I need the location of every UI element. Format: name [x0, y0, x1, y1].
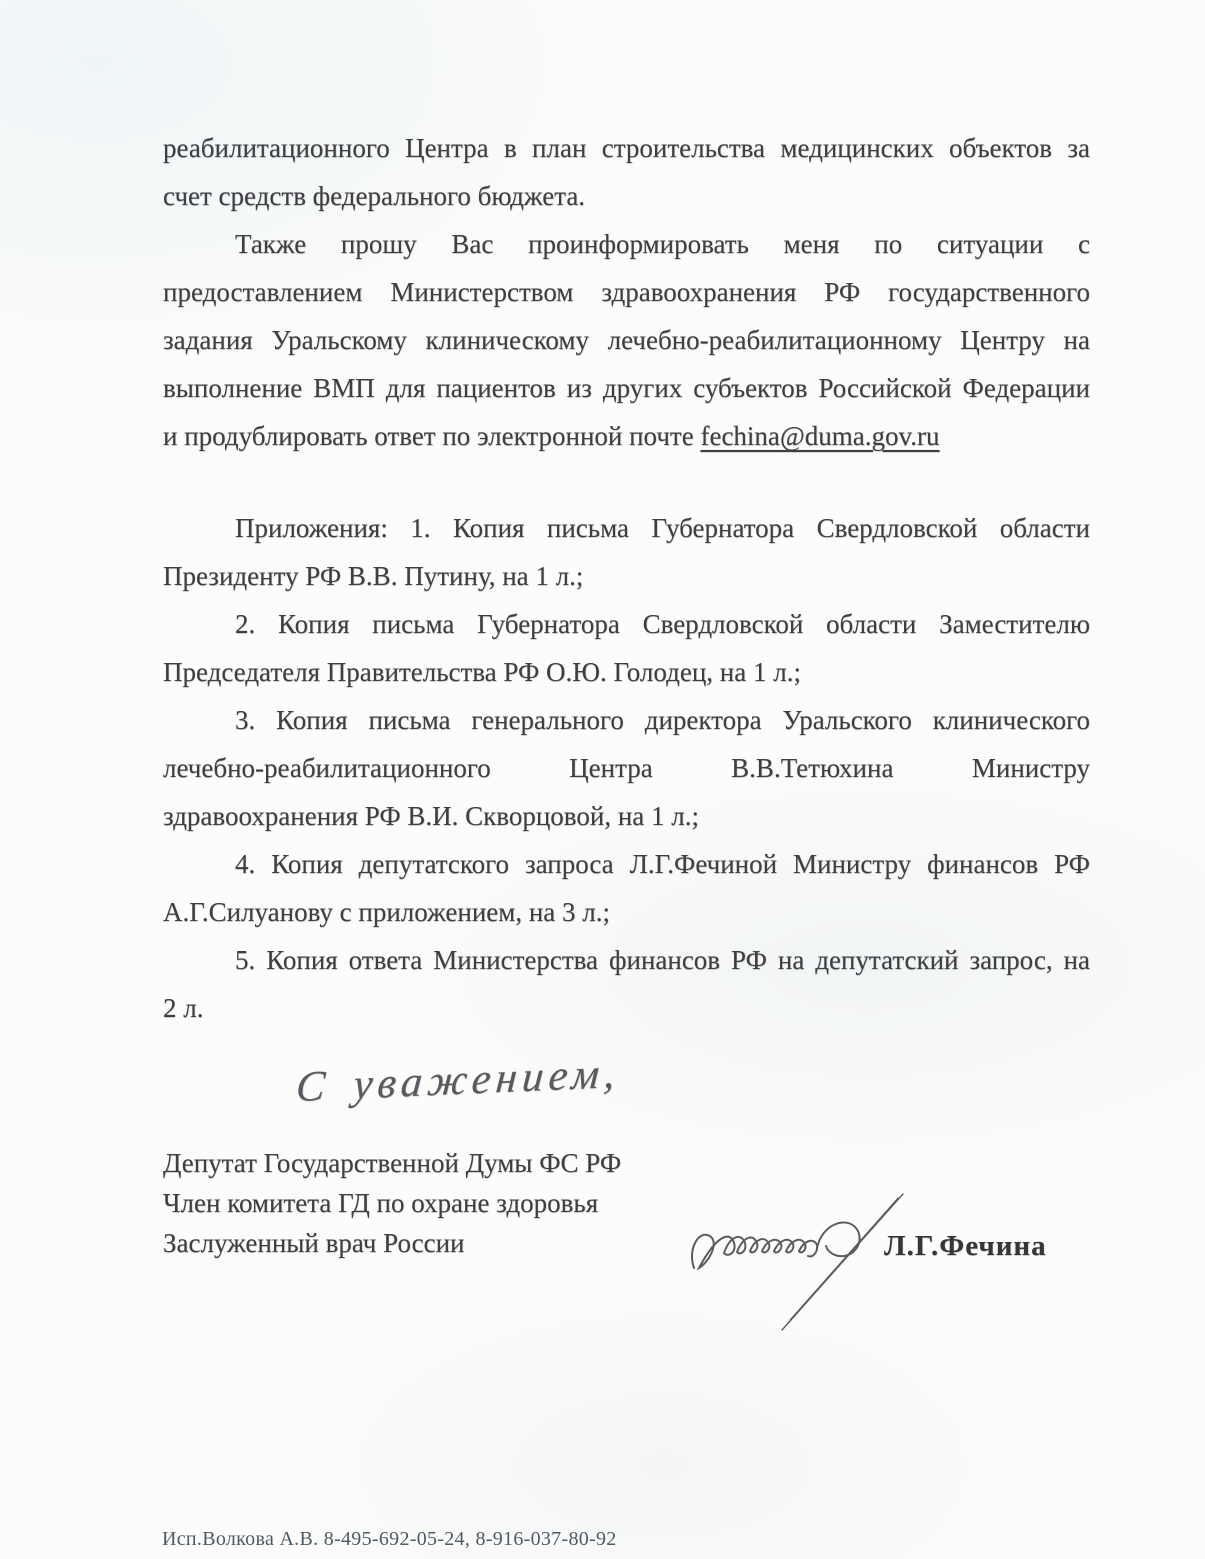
signatory-title-line: Депутат Государственной Думы ФС РФ [163, 1143, 621, 1183]
body-line: предоставлением Министерством здравоохра… [163, 268, 1090, 316]
email-address: fechina@duma.gov.ru [700, 421, 939, 451]
body-line: задания Уральскому клиническому лечебно-… [163, 316, 1090, 364]
attachment-line: 2. Копия письма Губернатора Свердловской… [163, 600, 1090, 648]
body-line: реабилитационного Центра в план строител… [163, 124, 1090, 172]
scanned-letter-page: реабилитационного Центра в план строител… [0, 0, 1205, 1559]
body-line: Также прошу Вас проинформировать меня по… [163, 220, 1090, 268]
executor-contact-line: Исп.Волкова А.В. 8-495-692-05-24, 8-916-… [162, 1528, 617, 1551]
signatory-title-line: Член комитета ГД по охране здоровья [163, 1183, 621, 1223]
paragraph-gap [163, 460, 1090, 504]
attachment-line: здравоохранения РФ В.И. Скворцовой, на 1… [163, 792, 1090, 840]
attachment-line: 2 л. [163, 984, 1090, 1032]
attachment-line: Президенту РФ В.В. Путину, на 1 л.; [163, 552, 1090, 600]
body-line: счет средств федерального бюджета. [163, 172, 1090, 220]
attachment-line: лечебно-реабилитационного Центра В.В.Тет… [163, 744, 1090, 792]
letter-body: реабилитационного Центра в план строител… [163, 124, 1090, 1032]
attachment-line: Председателя Правительства РФ О.Ю. Голод… [163, 648, 1090, 696]
attachment-line: А.Г.Силуанову с приложением, на 3 л.; [163, 888, 1090, 936]
signatory-name: Л.Г.Фечина [884, 1230, 1047, 1263]
attachment-line: 3. Копия письма генерального директора У… [163, 696, 1090, 744]
handwritten-closing: С уважением, [294, 1049, 622, 1112]
body-line-email: и продублировать ответ по электронной по… [163, 412, 1090, 460]
body-line: выполнение ВМП для пациентов из других с… [163, 364, 1090, 412]
email-line-prefix: и продублировать ответ по электронной по… [163, 421, 700, 451]
attachment-line: Приложения: 1. Копия письма Губернатора … [163, 504, 1090, 552]
attachment-line: 4. Копия депутатского запроса Л.Г.Фечино… [163, 840, 1090, 888]
attachment-line: 5. Копия ответа Министерства финансов РФ… [163, 936, 1090, 984]
signatory-titles: Депутат Государственной Думы ФС РФ Член … [163, 1143, 621, 1263]
signatory-title-line: Заслуженный врач России [163, 1223, 621, 1263]
